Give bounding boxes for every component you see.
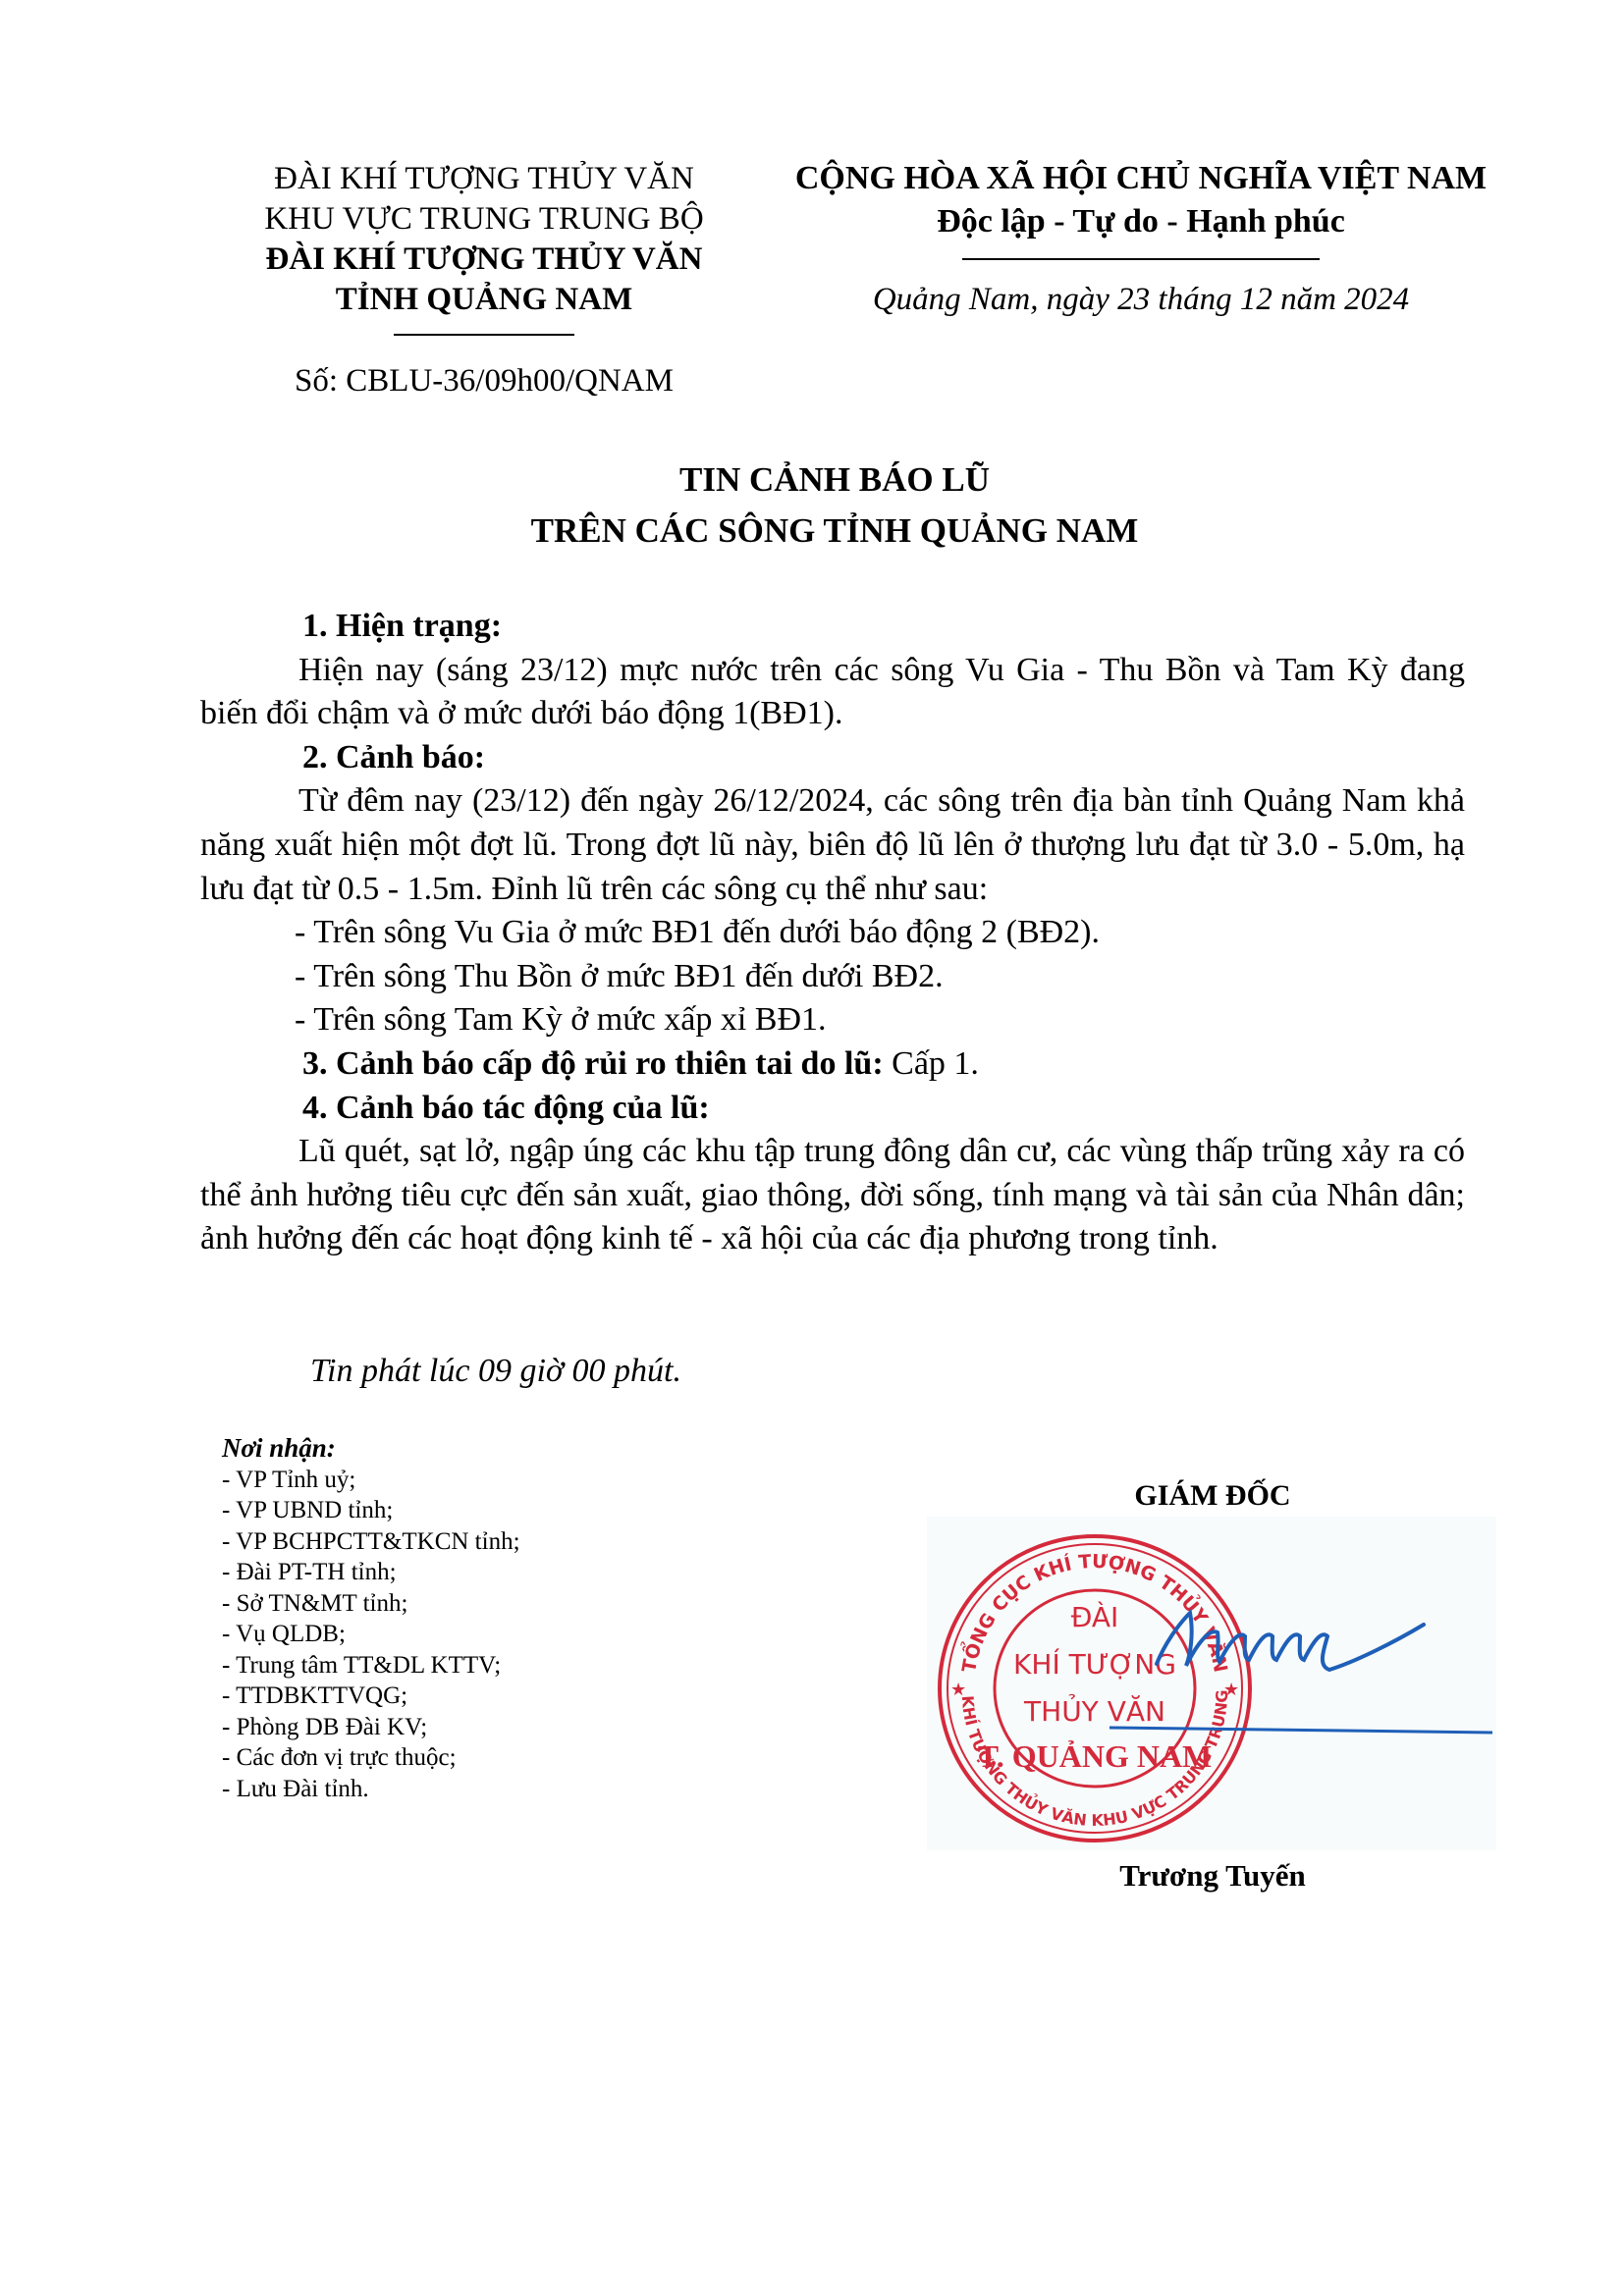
document-title: TIN CẢNH BÁO LŨ TRÊN CÁC SÔNG TỈNH QUẢNG…	[196, 454, 1473, 557]
recipient-item: - Phòng DB Đài KV;	[222, 1712, 520, 1743]
warning-bullet: - Trên sông Vu Gia ở mức BĐ1 đến dưới bá…	[200, 911, 1465, 955]
signer-title: GIÁM ĐỐC	[982, 1479, 1443, 1513]
document-number: Số: CBLU-36/09h00/QNAM	[214, 363, 754, 400]
agency-line2: TỈNH QUẢNG NAM	[214, 280, 754, 320]
stamp-center-line4: T. QUẢNG NAM	[978, 1738, 1213, 1774]
section-heading-impact: 4. Cảnh báo tác động của lũ:	[200, 1087, 1465, 1131]
recipient-item: - VP BCHPCTT&TKCN tỉnh;	[222, 1526, 520, 1558]
recipient-item: - Trung tâm TT&DL KTTV;	[222, 1650, 520, 1682]
national-motto: Độc lập - Tự do - Hạnh phúc	[768, 200, 1514, 243]
recipient-item: - Vụ QLDB;	[222, 1619, 520, 1650]
section-heading-risk-level: 3. Cảnh báo cấp độ rủi ro thiên tai do l…	[302, 1045, 884, 1082]
section-risk-level: 3. Cảnh báo cấp độ rủi ro thiên tai do l…	[200, 1042, 1465, 1087]
recipient-item: - Đài PT-TH tỉnh;	[222, 1557, 520, 1588]
agency-divider	[394, 334, 574, 336]
section-text-current-status: Hiện nay (sáng 23/12) mực nước trên các …	[200, 649, 1465, 736]
signer-name: Trương Tuyến	[982, 1858, 1443, 1894]
section-text-impact: Lũ quét, sạt lở, ngập úng các khu tập tr…	[200, 1130, 1465, 1261]
recipients-label: Nơi nhận:	[222, 1433, 520, 1465]
motto-divider	[962, 258, 1320, 260]
parent-agency-line2: KHU VỰC TRUNG TRUNG BỘ	[214, 199, 754, 240]
agency-line1: ĐÀI KHÍ TƯỢNG THỦY VĂN	[214, 240, 754, 280]
title-line1: TIN CẢNH BÁO LŨ	[196, 454, 1473, 506]
warning-bullet: - Trên sông Thu Bồn ở mức BĐ1 đến dưới B…	[200, 955, 1465, 999]
warning-bullet: - Trên sông Tam Kỳ ở mức xấp xỉ BĐ1.	[200, 998, 1465, 1042]
nation-name: CỘNG HÒA XÃ HỘI CHỦ NGHĨA VIỆT NAM	[768, 157, 1514, 200]
official-stamp: TỔNG CỤC KHÍ TƯỢNG THỦY VĂN ĐÀI KHÍ TƯỢN…	[933, 1526, 1502, 1850]
title-line2: TRÊN CÁC SÔNG TỈNH QUẢNG NAM	[196, 506, 1473, 557]
recipient-item: - VP Tỉnh uỷ;	[222, 1465, 520, 1496]
stamp-star-right-icon: ★	[1223, 1680, 1239, 1700]
issuing-agency-block: ĐÀI KHÍ TƯỢNG THỦY VĂN KHU VỰC TRUNG TRU…	[214, 159, 754, 336]
section-heading-current-status: 1. Hiện trạng:	[200, 605, 1465, 649]
stamp-center-line2: KHÍ TƯỢNG	[1013, 1647, 1176, 1681]
national-header-block: CỘNG HÒA XÃ HỘI CHỦ NGHĨA VIỆT NAM Độc l…	[768, 157, 1514, 318]
recipient-item: - Lưu Đài tỉnh.	[222, 1774, 520, 1805]
stamp-center-line3: THỦY VĂN	[1023, 1692, 1165, 1728]
section-heading-warning: 2. Cảnh báo:	[200, 736, 1465, 780]
section-text-warning: Từ đêm nay (23/12) đến ngày 26/12/2024, …	[200, 779, 1465, 911]
recipient-item: - VP UBND tỉnh;	[222, 1495, 520, 1526]
recipient-item: - Sở TN&MT tỉnh;	[222, 1588, 520, 1620]
recipient-item: - TTDBKTTVQG;	[222, 1681, 520, 1712]
place-date: Quảng Nam, ngày 23 tháng 12 năm 2024	[768, 282, 1514, 318]
recipient-item: - Các đơn vị trực thuộc;	[222, 1742, 520, 1774]
recipients-list: Nơi nhận: - VP Tỉnh uỷ; - VP UBND tỉnh; …	[222, 1433, 520, 1804]
issued-time: Tin phát lúc 09 giờ 00 phút.	[310, 1353, 681, 1390]
stamp-center-line1: ĐÀI	[1071, 1600, 1119, 1633]
risk-level-value: Cấp 1.	[892, 1045, 979, 1082]
document-body: 1. Hiện trạng: Hiện nay (sáng 23/12) mực…	[200, 605, 1465, 1261]
parent-agency-line1: ĐÀI KHÍ TƯỢNG THỦY VĂN	[214, 159, 754, 199]
signature-underline	[1110, 1728, 1492, 1733]
stamp-star-left-icon: ★	[950, 1680, 966, 1700]
